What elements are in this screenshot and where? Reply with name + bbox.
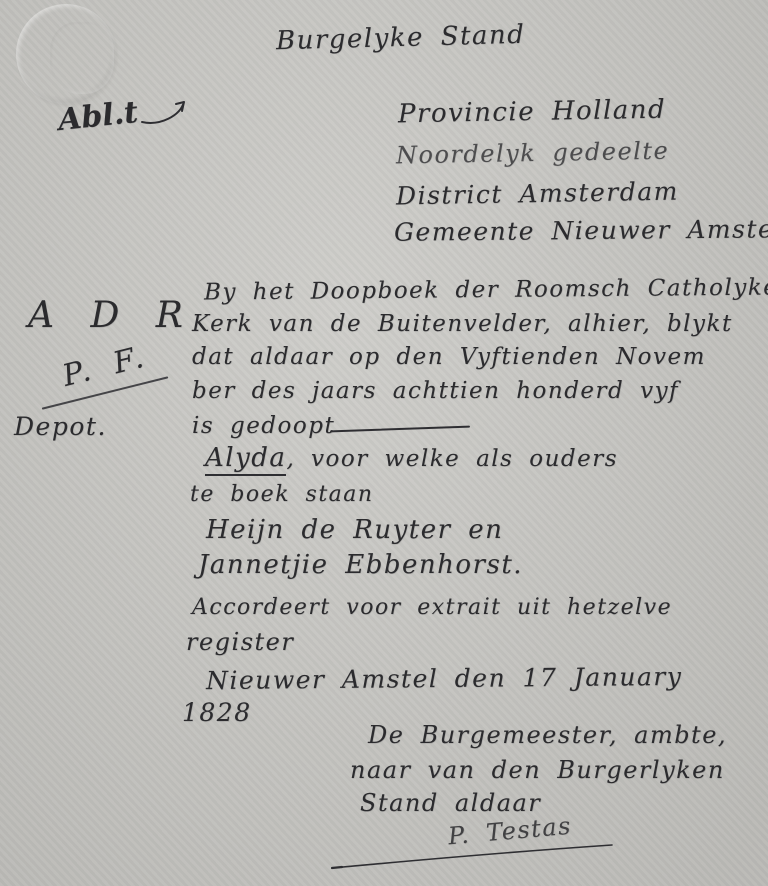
body-line: te boek staan — [190, 483, 374, 507]
closing-line: Stand aldaar — [360, 790, 541, 816]
embossed-crown-paper-seal-icon — [16, 4, 116, 104]
dateline-place-date: Nieuwer Amstel den 17 January — [206, 663, 683, 695]
margin-paraph: Abl.t — [56, 96, 139, 137]
scanned-document-page: Abl.t Burgelyke Stand Provincie Holland … — [0, 0, 768, 886]
header-province: Provincie Holland — [398, 96, 667, 129]
header-district: District Amsterdam — [396, 178, 679, 210]
child-name-line: Alyda, voor welke als ouders — [205, 444, 618, 473]
body-line: dat aldaar op den Vyftienden Novem — [192, 345, 706, 370]
closing-line: De Burgemeester, ambte, — [368, 722, 727, 748]
body-line: ber des jaars achttien honderd vyf — [192, 379, 679, 404]
after-child-name: , voor welke als ouders — [286, 446, 618, 472]
gedoopt-dash — [330, 426, 470, 433]
paraph-flourish — [140, 96, 190, 130]
header-municipality: Gemeente Nieuwer Amstel — [394, 215, 768, 246]
dateline-year: 1828 — [182, 699, 252, 727]
seal-crest-icon — [50, 22, 114, 94]
margin-initials: A D R — [28, 296, 192, 336]
signature-flourish — [328, 840, 618, 872]
margin-depot-note: Depot. — [14, 413, 107, 441]
body-line: Kerk van de Buitenvelder, alhier, blykt — [192, 312, 733, 337]
document-title: Burgelyke Stand — [276, 21, 526, 56]
header-region: Noordelyk gedeelte — [396, 138, 670, 169]
body-line: is gedoopt — [192, 414, 335, 439]
certification-line: register — [186, 629, 294, 655]
closing-line: naar van den Burgerlyken — [350, 757, 725, 783]
mother-name: Jannetjie Ebbenhorst. — [198, 551, 523, 580]
certification-line: Accordeert voor extrait uit hetzelve — [192, 596, 672, 620]
child-name: Alyda — [205, 443, 286, 476]
body-line: By het Doopboek der Roomsch Catholyke — [204, 275, 768, 305]
father-name: Heijn de Ruyter en — [206, 516, 503, 545]
